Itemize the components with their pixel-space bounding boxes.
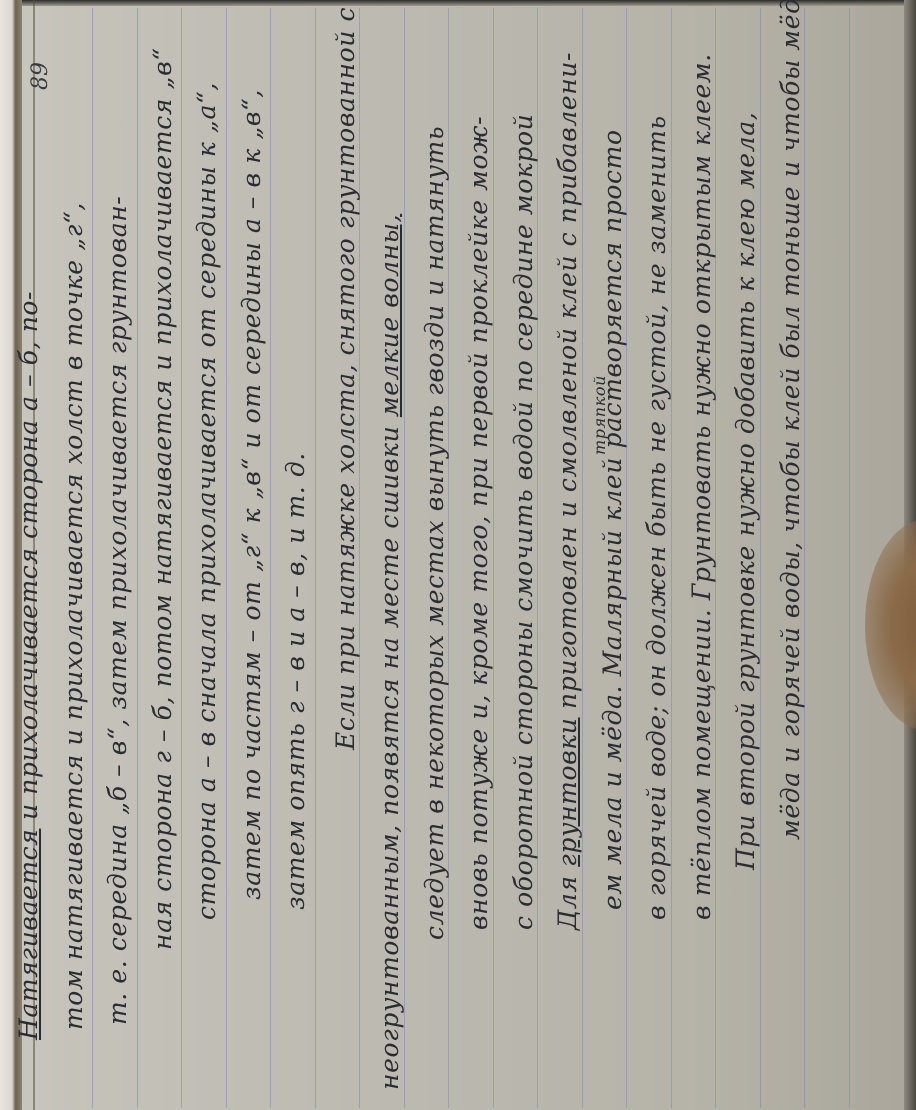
text-segment: Если при натяжке холста, снятого грунтов… xyxy=(331,7,360,750)
text-line: затем по частям – от „г“ к „в“ и от сере… xyxy=(237,89,266,900)
text-line: Для грунтовки приготовлен и смолвленой к… xyxy=(553,52,582,930)
underlined-text: грунтовки xyxy=(553,717,582,866)
text-segment: с оборотной стороны смочить водой по сер… xyxy=(509,114,538,930)
text-segment: мёда и горячей воды, чтобы клей был тонь… xyxy=(776,0,805,840)
text-line: ная сторона г – б, потом натягивается и … xyxy=(148,47,177,950)
text-segment: следует в некоторых местах вынуть гвозди… xyxy=(420,126,449,940)
text-line: вновь потуже и, кроме того, при первой п… xyxy=(464,116,493,930)
page-number: 89 xyxy=(28,62,53,90)
text-line: мёда и горячей воды, чтобы клей был тонь… xyxy=(776,0,805,840)
text-line: Если при натяжке холста, снятого грунтов… xyxy=(331,7,360,750)
text-segment: ем мела и мёда. Малярный клей растворяет… xyxy=(598,129,627,910)
text-segment: в тёплом помещении. Грунтовать нужно отк… xyxy=(687,53,716,920)
text-segment: вновь потуже и, кроме того, при первой п… xyxy=(464,116,493,930)
text-segment: в горячей воде; он должен быть не густой… xyxy=(642,115,671,920)
text-segment: затем по частям – от „г“ к „в“ и от сере… xyxy=(237,89,266,900)
text-segment: том натягивается и прихолачивается холст… xyxy=(59,202,88,1030)
text-line: неогрунтованным, появятся на месте сшивк… xyxy=(375,214,404,1090)
text-segment: ная сторона г – б, потом натягивается и … xyxy=(148,47,177,950)
text-segment: Для xyxy=(553,867,582,930)
text-segment: сторона а – в сначала прихолачивается от… xyxy=(192,82,221,920)
text-line: Натягивается и прихолачивается сторона а… xyxy=(14,291,43,1040)
text-line: том натягивается и прихолачивается холст… xyxy=(59,202,88,1030)
text-line: т. е. середина „б – в“, затем прихолачив… xyxy=(103,196,132,1025)
text-segment: При второй грунтовке нужно добавить к кл… xyxy=(731,112,760,870)
text-line: в тёплом помещении. Грунтовать нужно отк… xyxy=(687,53,716,920)
text-line: с оборотной стороны смочить водой по сер… xyxy=(509,114,538,930)
text-segment: неогрунтованным, появятся на месте сшивк… xyxy=(375,417,404,1090)
notebook-page-photo: 89 тряпкой Натягивается и прихолачиваетс… xyxy=(0,0,916,1110)
text-segment: затем опять г – в и а – в, и т. д. xyxy=(281,452,310,910)
handwritten-text: 89 тряпкой Натягивается и прихолачиваетс… xyxy=(0,0,916,1110)
text-line: сторона а – в сначала прихолачивается от… xyxy=(192,82,221,920)
text-line: следует в некоторых местах вынуть гвозди… xyxy=(420,126,449,940)
text-line: в горячей воде; он должен быть не густой… xyxy=(642,115,671,920)
text-line: При второй грунтовке нужно добавить к кл… xyxy=(731,112,760,870)
underlined-text: мелкие волны, xyxy=(375,214,404,417)
text-segment: и прихолачивается сторона а – б, по- xyxy=(14,291,43,829)
text-line: ем мела и мёда. Малярный клей растворяет… xyxy=(598,129,627,910)
text-segment: т. е. середина „б – в“, затем прихолачив… xyxy=(103,196,132,1025)
underlined-text: Натягивается xyxy=(14,829,43,1040)
text-line: затем опять г – в и а – в, и т. д. xyxy=(281,452,310,910)
text-segment: приготовлен и смолвленой клей с прибавле… xyxy=(553,52,582,718)
